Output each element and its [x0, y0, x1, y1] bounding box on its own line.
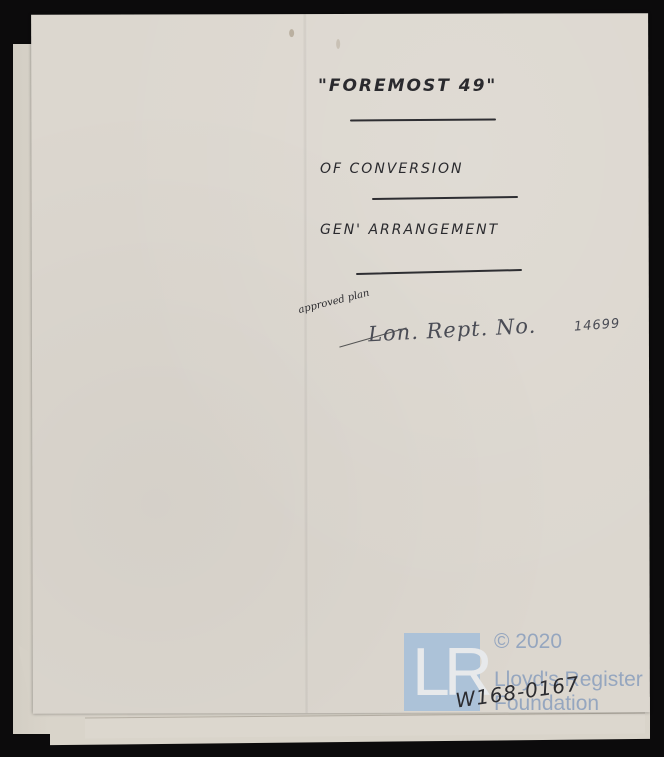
report-number: 14699: [574, 316, 621, 334]
arrangement-heading: GEN' ARRANGEMENT: [320, 222, 499, 238]
stain-mark: [336, 39, 340, 49]
fold-crease: [303, 14, 309, 713]
stain-mark: [289, 29, 294, 37]
document-title: "FOREMOST 49": [318, 76, 497, 96]
front-page: [31, 13, 650, 714]
watermark-copyright: © 2020: [494, 630, 562, 654]
conversion-heading: OF CONVERSION: [320, 161, 463, 177]
